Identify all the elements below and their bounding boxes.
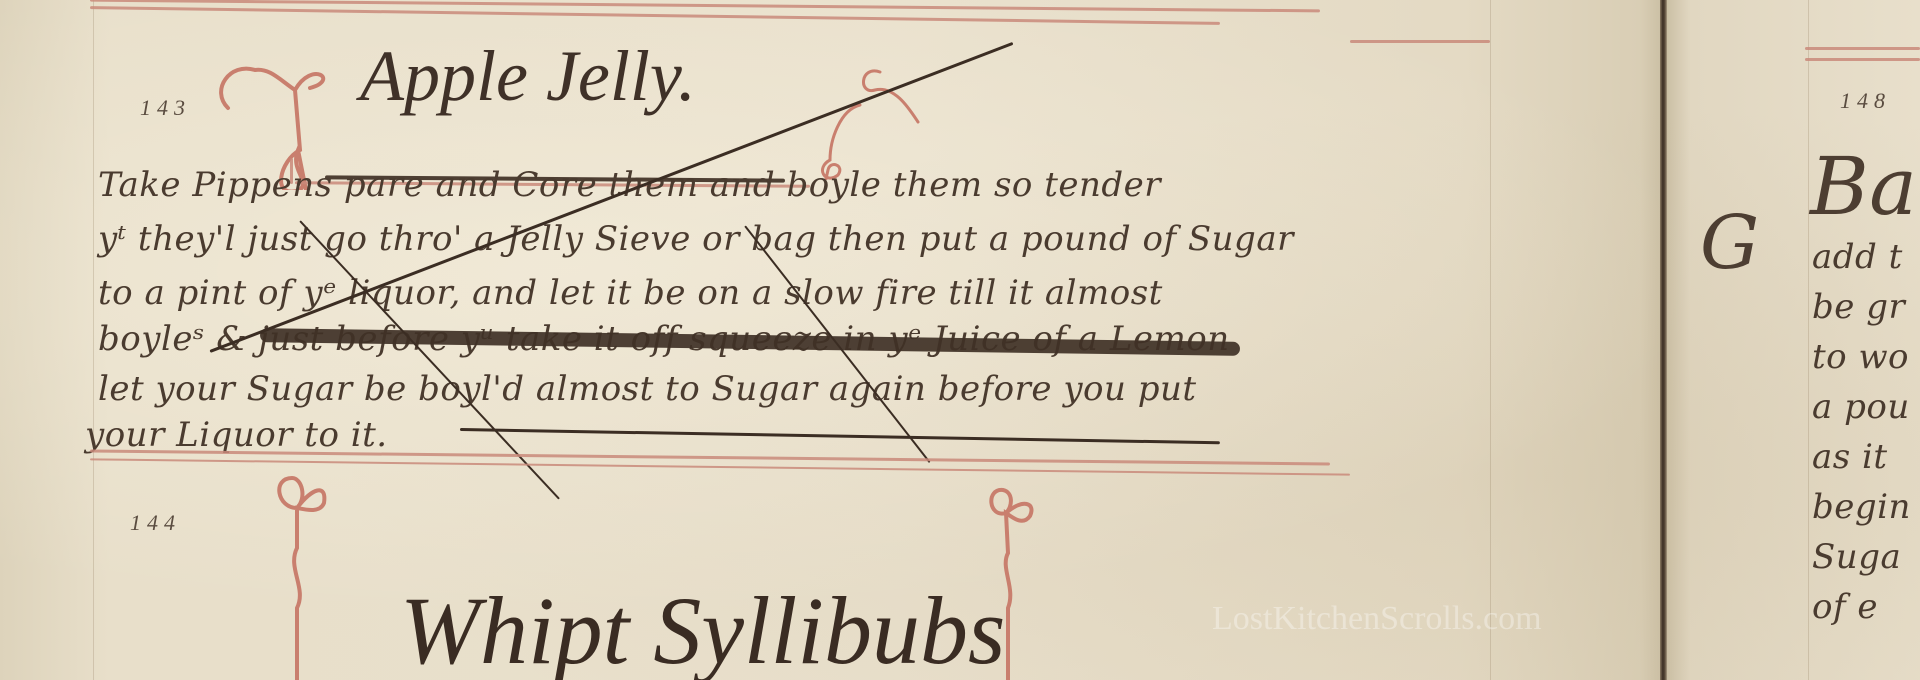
margin-letter: G	[1700, 200, 1760, 286]
watermark: LostKitchenScrolls.com	[1212, 600, 1542, 638]
recipe-line-1: Take Pippens pare and Core them and boyl…	[98, 168, 1161, 202]
recipe-title-apple-jelly: Apple Jelly.	[360, 35, 696, 118]
right-fragment-2: be gr	[1812, 290, 1905, 324]
book-gutter	[1660, 0, 1667, 680]
red-flourish-144-left-icon	[262, 468, 332, 680]
recipe-line-6: your Liquor to it.	[85, 418, 388, 452]
right-red-rule-1	[1805, 47, 1920, 50]
right-page-number: 148	[1840, 88, 1891, 114]
recipe-number-144: 144	[130, 510, 181, 536]
recipe-title-whipt-syllibubs: Whipt Syllibubs	[400, 575, 1005, 680]
right-fragment-8: of e	[1812, 590, 1878, 624]
right-page-margin-rule	[1808, 0, 1809, 680]
right-red-rule-2	[1805, 58, 1920, 61]
top-red-rule-3	[1350, 40, 1490, 43]
right-fragment-7: Suga	[1812, 540, 1901, 574]
right-fragment-4: a pou	[1812, 390, 1910, 424]
red-flourish-right-icon	[800, 50, 920, 180]
right-fragment-6: begin	[1812, 490, 1911, 524]
recipe-line-3: to a pint of yᵉ liquor, and let it be on…	[98, 276, 1163, 310]
recipe-line-2: yᵗ they'l just go thro' a Jelly Sieve or…	[98, 222, 1294, 256]
right-initial: Ba	[1810, 140, 1917, 233]
right-fragment-3: to wo	[1812, 340, 1909, 374]
recipe-number-143: 143	[140, 95, 191, 121]
right-fragment-1: add t	[1812, 240, 1903, 274]
right-margin-rule	[1490, 0, 1491, 680]
right-fragment-5: as it	[1812, 440, 1888, 474]
left-margin-rule	[93, 0, 94, 680]
recipe-line-5: let your Sugar be boyl'd almost to Sugar…	[98, 372, 1197, 406]
